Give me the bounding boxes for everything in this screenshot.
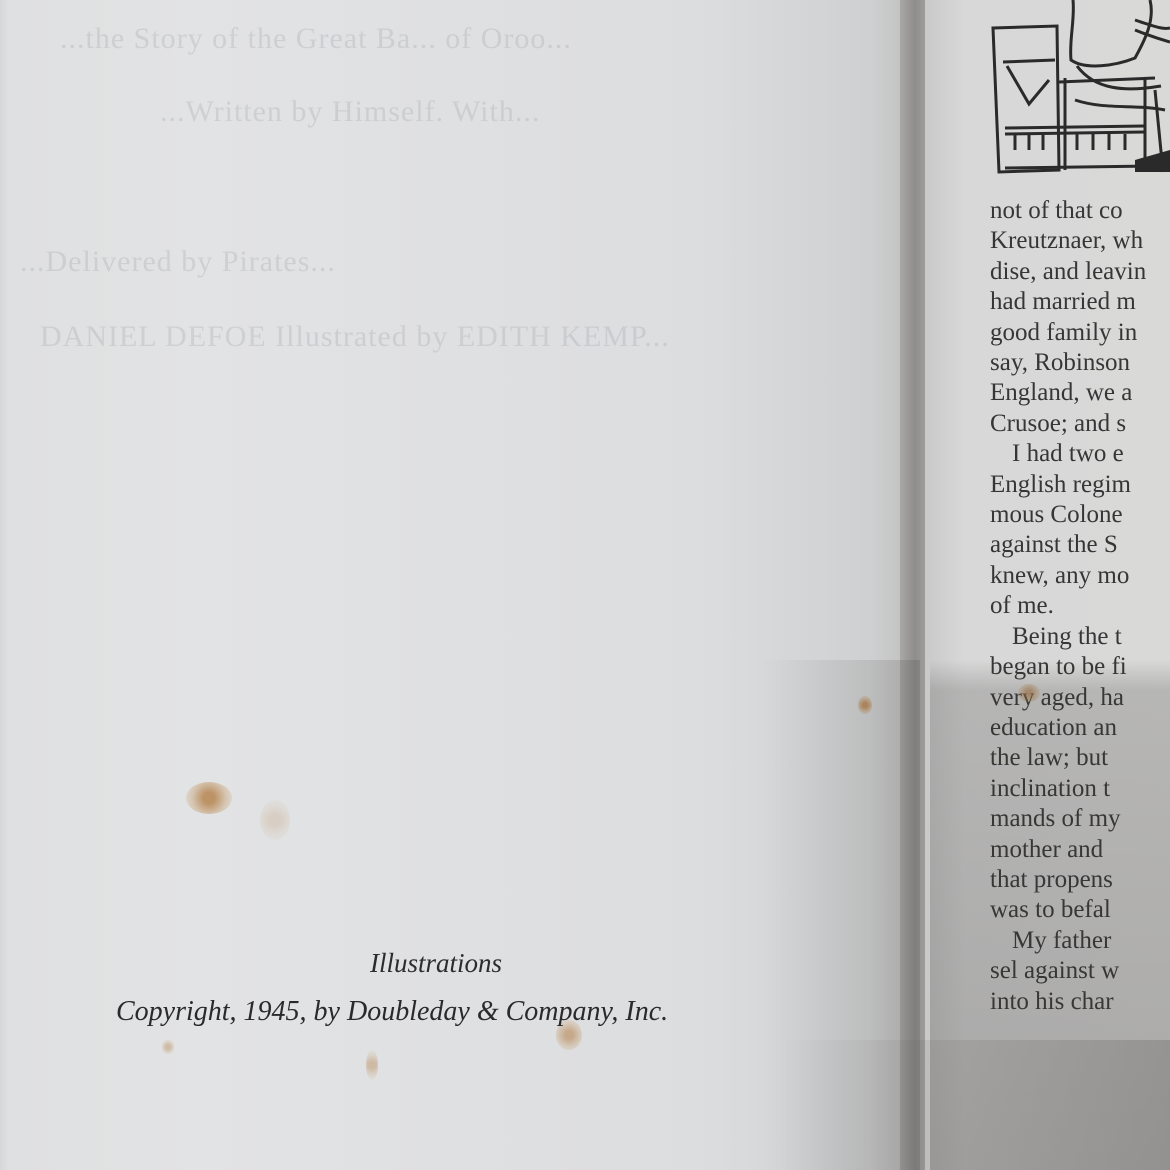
foxing-stain bbox=[186, 782, 232, 814]
woodcut-illustration bbox=[985, 0, 1170, 180]
foxing-stain bbox=[162, 1040, 174, 1054]
text-line: against the S bbox=[990, 530, 1170, 560]
show-through-text: ...Delivered by Pirates... bbox=[20, 245, 336, 279]
text-line: had married m bbox=[990, 287, 1170, 317]
foxing-stain bbox=[260, 800, 290, 840]
text-line: Being the t bbox=[990, 622, 1170, 652]
text-line: English regim bbox=[990, 470, 1170, 500]
left-page: ...the Story of the Great Ba... of Oroo.… bbox=[0, 0, 912, 1170]
text-line: the law; but bbox=[990, 743, 1170, 773]
foxing-stain bbox=[858, 696, 872, 714]
foxing-stain bbox=[1018, 684, 1040, 702]
text-line: not of that co bbox=[990, 196, 1170, 226]
text-line: of me. bbox=[990, 591, 1170, 621]
right-page-content: not of that co Kreutznaer, wh dise, and … bbox=[925, 0, 1170, 1170]
show-through-text: ...the Story of the Great Ba... of Oroo.… bbox=[60, 22, 572, 56]
text-line: My father bbox=[990, 926, 1170, 956]
text-line: that propens bbox=[990, 865, 1170, 895]
text-line: dise, and leavin bbox=[990, 257, 1170, 287]
text-line: was to befal bbox=[990, 895, 1170, 925]
text-line: I had two e bbox=[990, 439, 1170, 469]
show-through-text: DANIEL DEFOE Illustrated by EDITH KEMP..… bbox=[40, 320, 670, 354]
text-line: Crusoe; and s bbox=[990, 409, 1170, 439]
text-line: very aged, ha bbox=[990, 683, 1170, 713]
text-line: mands of my bbox=[990, 804, 1170, 834]
chapter-text: not of that co Kreutznaer, wh dise, and … bbox=[990, 196, 1170, 1017]
text-line: good family in bbox=[990, 318, 1170, 348]
text-line: Kreutznaer, wh bbox=[990, 226, 1170, 256]
show-through-text: ...Written by Himself. With... bbox=[160, 95, 540, 129]
text-line: sel against w bbox=[990, 956, 1170, 986]
text-line: England, we a bbox=[990, 378, 1170, 408]
foxing-stain bbox=[366, 1050, 378, 1080]
text-line: into his char bbox=[990, 987, 1170, 1017]
text-line: say, Robinson bbox=[990, 348, 1170, 378]
text-line: knew, any mo bbox=[990, 561, 1170, 591]
text-line: mous Colone bbox=[990, 500, 1170, 530]
text-line: education an bbox=[990, 713, 1170, 743]
copyright-notice: Copyright, 1945, by Doubleday & Company,… bbox=[116, 996, 668, 1028]
text-line: began to be fi bbox=[990, 652, 1170, 682]
text-line: inclination t bbox=[990, 774, 1170, 804]
text-line: mother and bbox=[990, 835, 1170, 865]
illustrations-credit: Illustrations bbox=[370, 948, 502, 979]
